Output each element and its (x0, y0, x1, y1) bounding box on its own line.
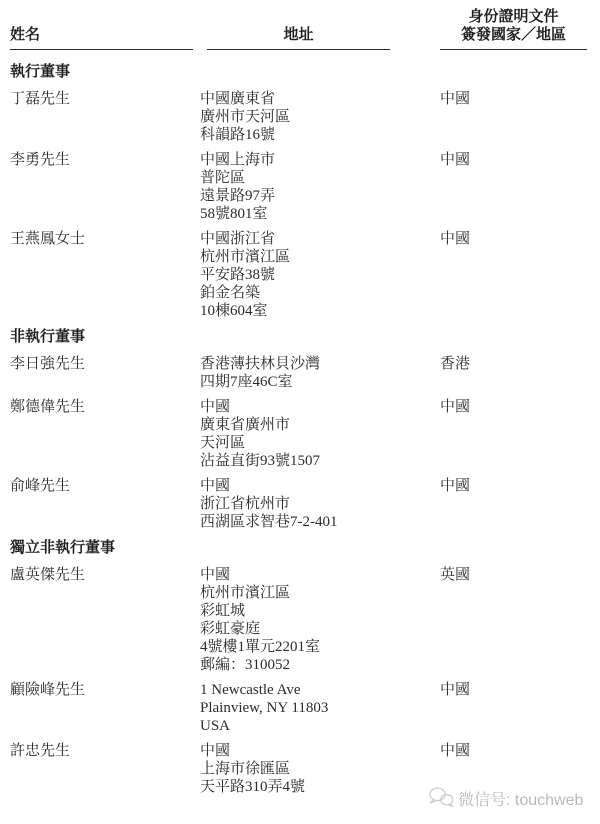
director-name: 許忠先生 (10, 742, 200, 796)
table-row: 李日強先生香港薄扶林貝沙灣四期7座46C室香港 (10, 355, 587, 391)
table-row: 俞峰先生中國浙江省杭州市西湖區求智巷7-2-401中國 (10, 477, 587, 531)
director-name: 丁磊先生 (10, 90, 200, 144)
director-address: 中國上海市普陀區遠景路97弄58號801室 (200, 151, 440, 223)
address-line: 科韻路16號 (200, 126, 440, 144)
table-row: 李勇先生中國上海市普陀區遠景路97弄58號801室中國 (10, 151, 587, 223)
address-line: 廣州市天河區 (200, 108, 440, 126)
director-name: 盧英傑先生 (10, 566, 200, 674)
address-line: 中國廣東省 (200, 90, 440, 108)
column-header-country-line1: 身份證明文件 (440, 8, 587, 26)
table-row: 顧險峰先生1 Newcastle AvePlainview, NY 11803U… (10, 681, 587, 735)
id-country: 中國 (440, 681, 587, 735)
address-line: 天河區 (200, 434, 440, 452)
table-row: 王燕鳳女士中國浙江省杭州市濱江區平安路38號鉑金名築10棟604室中國 (10, 230, 587, 320)
table-header: 姓名 地址 身份證明文件 簽發國家／地區 (10, 8, 587, 50)
section-title: 執行董事 (10, 63, 587, 81)
id-country: 中國 (440, 90, 587, 144)
wechat-icon (428, 786, 454, 815)
table-row: 丁磊先生中國廣東省廣州市天河區科韻路16號中國 (10, 90, 587, 144)
director-name: 李勇先生 (10, 151, 200, 223)
address-line: 中國 (200, 566, 440, 584)
column-header-name: 姓名 (10, 26, 193, 50)
address-line: 杭州市濱江區 (200, 584, 440, 602)
director-name: 顧險峰先生 (10, 681, 200, 735)
address-line: 上海市徐匯區 (200, 760, 440, 778)
column-header-country: 身份證明文件 簽發國家／地區 (440, 8, 587, 50)
address-line: 中國上海市 (200, 151, 440, 169)
address-line: 平安路38號 (200, 266, 440, 284)
id-country: 中國 (440, 477, 587, 531)
column-header-name-label: 姓名 (10, 26, 40, 43)
address-line: 四期7座46C室 (200, 373, 440, 391)
watermark: 微信号: touchweb (428, 786, 583, 815)
address-line: 香港薄扶林貝沙灣 (200, 355, 440, 373)
address-line: 中國 (200, 742, 440, 760)
address-line: 中國浙江省 (200, 230, 440, 248)
director-address: 1 Newcastle AvePlainview, NY 11803USA (200, 681, 440, 735)
address-line: 浙江省杭州市 (200, 495, 440, 513)
id-country: 中國 (440, 398, 587, 470)
director-address: 香港薄扶林貝沙灣四期7座46C室 (200, 355, 440, 391)
watermark-text: 微信号: touchweb (458, 790, 583, 812)
address-line: 沾益直街93號1507 (200, 452, 440, 470)
address-line: 58號801室 (200, 205, 440, 223)
id-country: 中國 (440, 230, 587, 320)
address-line: 中國 (200, 398, 440, 416)
address-line: 西湖區求智巷7-2-401 (200, 513, 440, 531)
director-address: 中國廣東省廣州市天河區科韻路16號 (200, 90, 440, 144)
table-row: 鄭德偉先生中國廣東省廣州市天河區沾益直街93號1507中國 (10, 398, 587, 470)
address-line: 杭州市濱江區 (200, 248, 440, 266)
director-address: 中國上海市徐匯區天平路310弄4號 (200, 742, 440, 796)
address-line: 10棟604室 (200, 302, 440, 320)
director-address: 中國浙江省杭州市西湖區求智巷7-2-401 (200, 477, 440, 531)
section-title: 非執行董事 (10, 328, 587, 346)
table-body: 執行董事丁磊先生中國廣東省廣州市天河區科韻路16號中國李勇先生中國上海市普陀區遠… (10, 63, 587, 796)
address-line: 鉑金名築 (200, 284, 440, 302)
table-row: 盧英傑先生中國杭州市濱江區彩虹城彩虹豪庭4號樓1單元2201室郵編：310052… (10, 566, 587, 674)
address-line: 4號樓1單元2201室 (200, 638, 440, 656)
director-name: 俞峰先生 (10, 477, 200, 531)
director-address: 中國浙江省杭州市濱江區平安路38號鉑金名築10棟604室 (200, 230, 440, 320)
id-country: 中國 (440, 151, 587, 223)
address-line: 彩虹城 (200, 602, 440, 620)
address-line: 郵編：310052 (200, 656, 440, 674)
director-address: 中國杭州市濱江區彩虹城彩虹豪庭4號樓1單元2201室郵編：310052 (200, 566, 440, 674)
column-header-country-line2: 簽發國家／地區 (440, 26, 587, 44)
address-line: 1 Newcastle Ave (200, 681, 440, 699)
address-line: 廣東省廣州市 (200, 416, 440, 434)
address-line: 彩虹豪庭 (200, 620, 440, 638)
section-title: 獨立非執行董事 (10, 539, 587, 557)
address-line: Plainview, NY 11803 (200, 699, 440, 717)
director-name: 鄭德偉先生 (10, 398, 200, 470)
column-header-address: 地址 (207, 26, 390, 50)
director-name: 李日強先生 (10, 355, 200, 391)
id-country: 英國 (440, 566, 587, 674)
address-line: 普陀區 (200, 169, 440, 187)
column-header-address-label: 地址 (283, 26, 313, 43)
prospectus-directors-page: 姓名 地址 身份證明文件 簽發國家／地區 執行董事丁磊先生中國廣東省廣州市天河區… (0, 0, 600, 824)
address-line: 天平路310弄4號 (200, 778, 440, 796)
director-address: 中國廣東省廣州市天河區沾益直街93號1507 (200, 398, 440, 470)
address-line: 遠景路97弄 (200, 187, 440, 205)
director-name: 王燕鳳女士 (10, 230, 200, 320)
address-line: 中國 (200, 477, 440, 495)
id-country: 香港 (440, 355, 587, 391)
address-line: USA (200, 717, 440, 735)
